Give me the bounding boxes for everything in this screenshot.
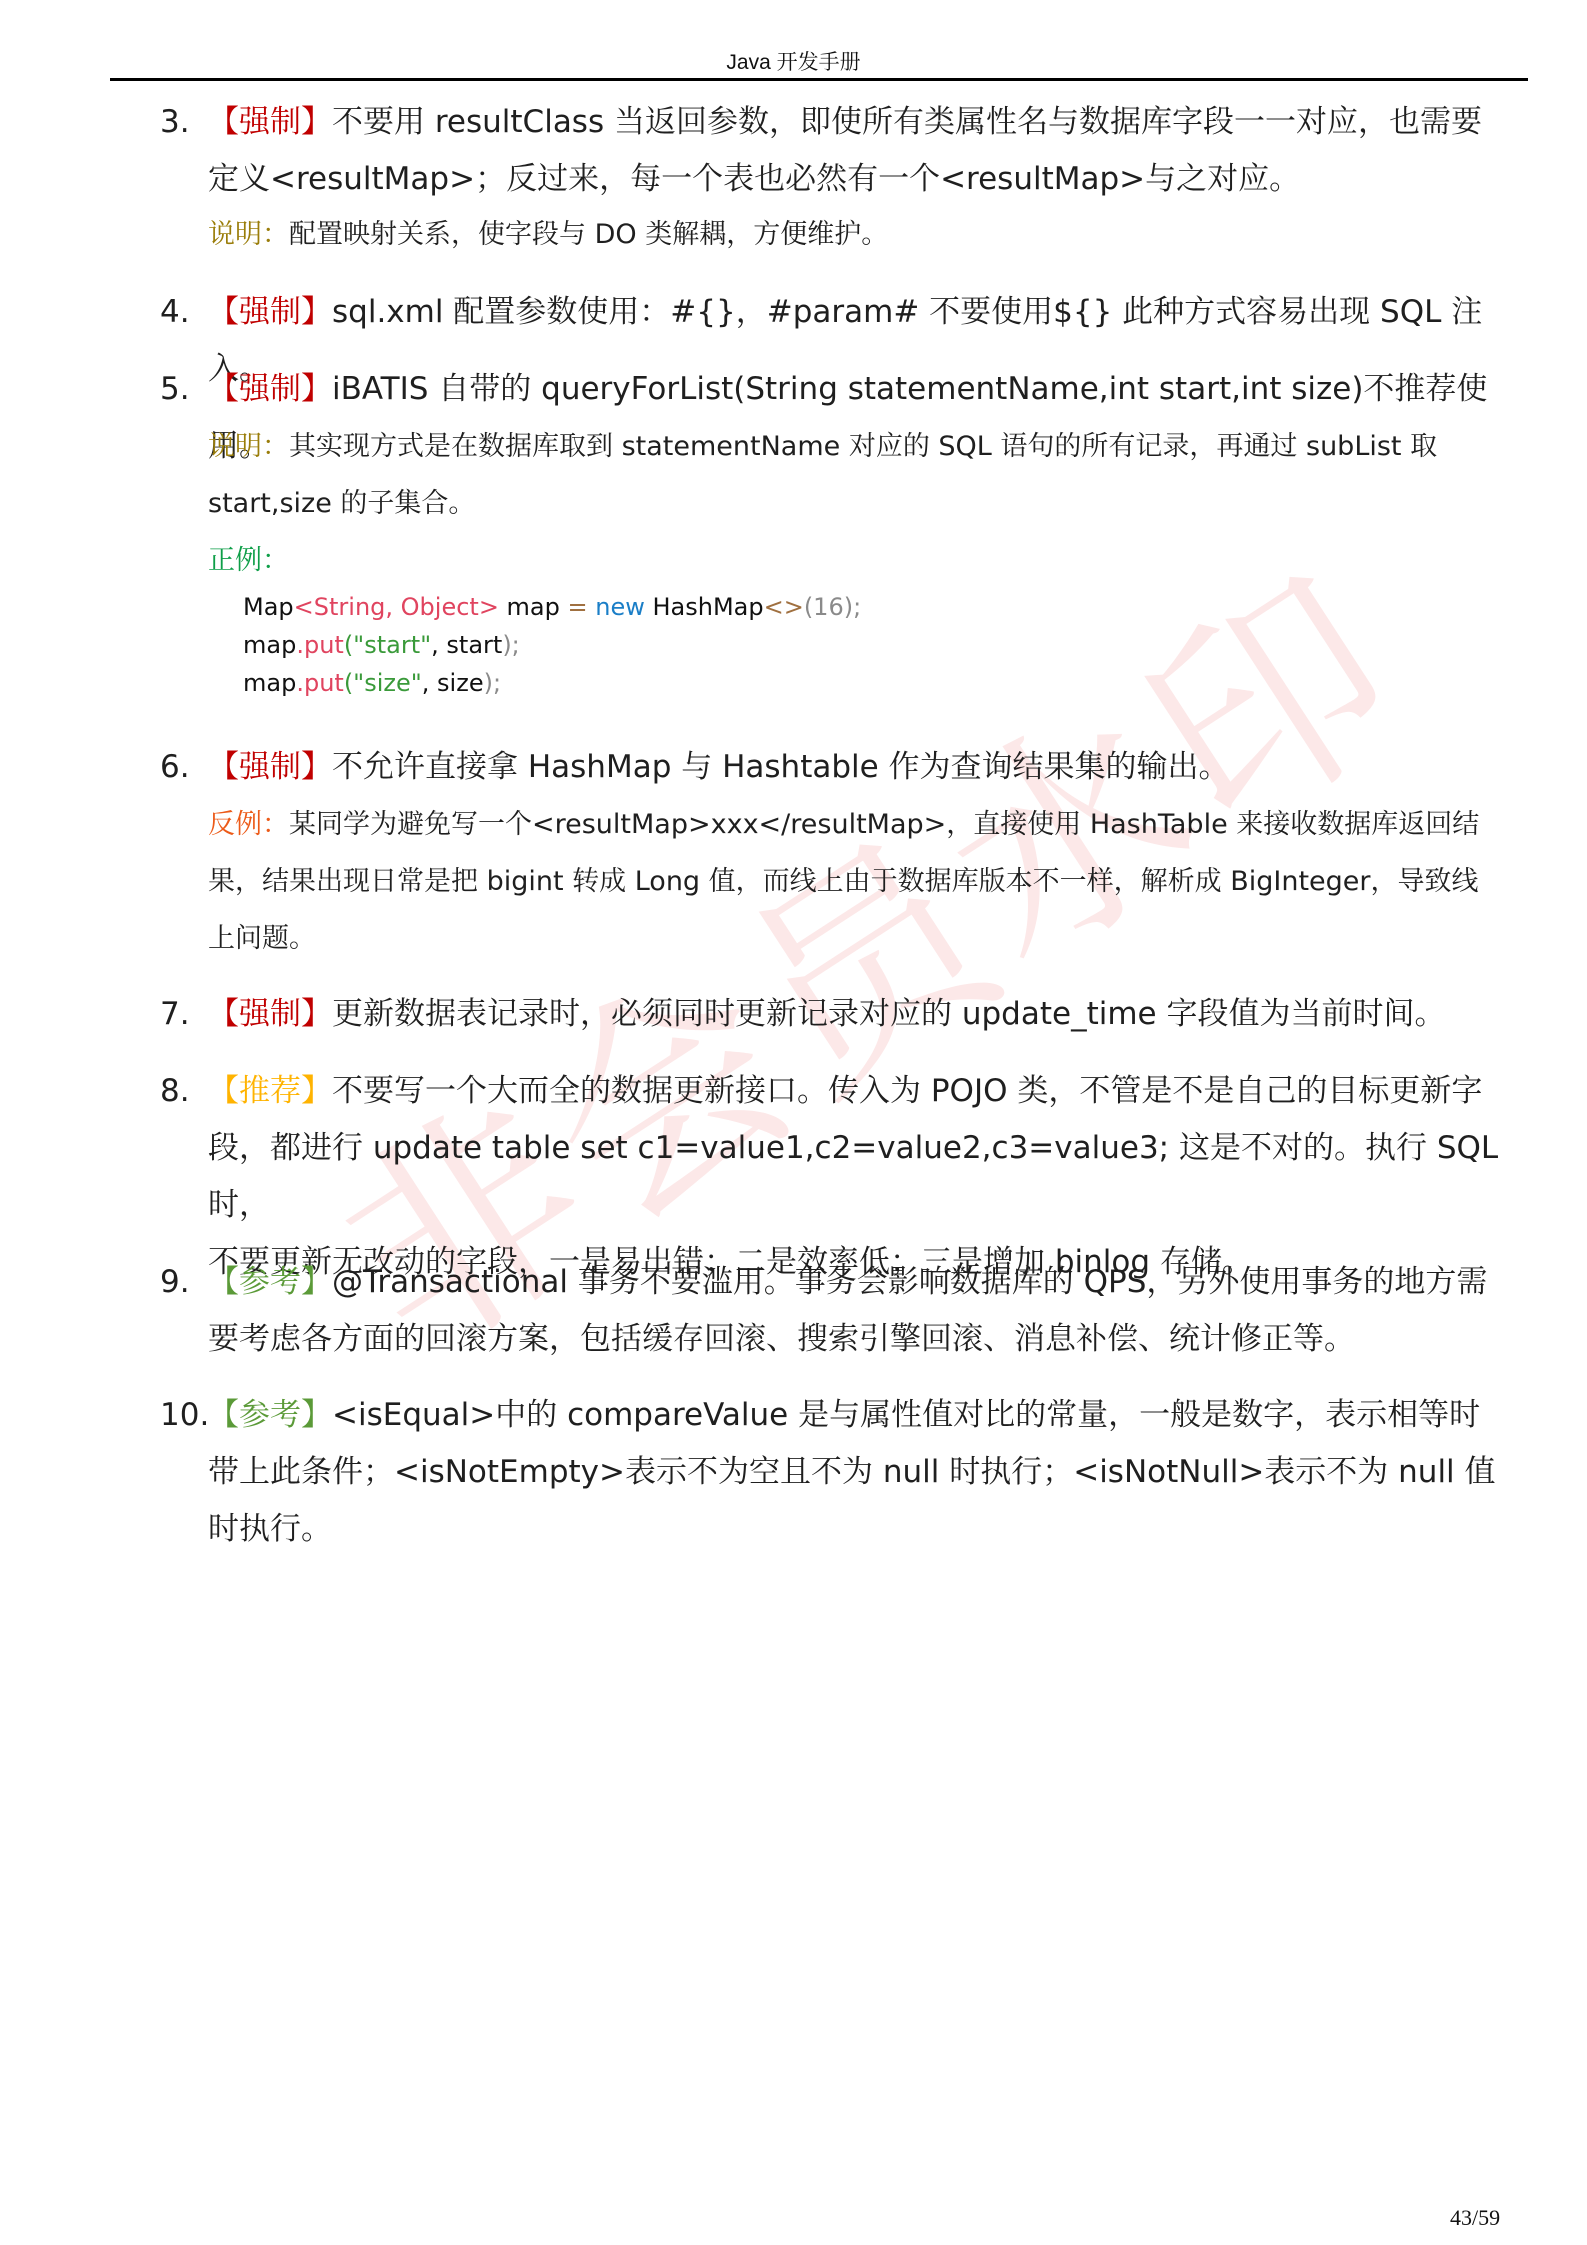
page-number: 43/59	[1450, 2205, 1500, 2231]
page-header-title: Java 开发手册	[0, 46, 1587, 76]
item-text-line: 不要写一个大而全的数据更新接口。传入为 POJO 类，不管是不是自己的目标更新字	[332, 1073, 1482, 1109]
item-text-line: 定义<resultMap>；反过来，每一个表也必然有一个<resultMap>与…	[208, 161, 1300, 197]
item-text-line: @Transactional 事务不要滥用。事务会影响数据库的 QPS，另外使用…	[332, 1264, 1487, 1300]
rule-item-3: 3. 【强制】不要用 resultClass 当返回参数，即使所有类属性名与数据…	[160, 94, 1530, 208]
rule-item-6: 6. 【强制】不允许直接拿 HashMap 与 Hashtable 作为查询结果…	[160, 739, 1530, 796]
item-text-line: 要考虑各方面的回滚方案，包括缓存回滚、搜索引擎回滚、消息补偿、统计修正等。	[208, 1321, 1355, 1357]
code-line: Map<String, Object> map = new HashMap<>(…	[243, 588, 861, 626]
item-number: 4.	[160, 284, 208, 341]
item-number: 5.	[160, 361, 208, 418]
reference-tag: 【参考】	[208, 1397, 332, 1433]
code-line: map.put("size", size);	[243, 664, 861, 702]
item-number: 10.	[160, 1387, 208, 1444]
rule-item-9: 9. 【参考】@Transactional 事务不要滥用。事务会影响数据库的 Q…	[160, 1254, 1530, 1368]
code-block: Map<String, Object> map = new HashMap<>(…	[243, 588, 861, 702]
force-tag: 【强制】	[208, 749, 332, 785]
note-text: 上问题。	[208, 923, 316, 954]
item-text-line: 不允许直接拿 HashMap 与 Hashtable 作为查询结果集的输出。	[332, 749, 1230, 785]
item-number: 6.	[160, 739, 208, 796]
note-label: 说明：	[208, 219, 289, 250]
note-item-5: 说明：其实现方式是在数据库取到 statementName 对应的 SQL 语句…	[208, 418, 1528, 532]
rule-item-10: 10. 【参考】<isEqual>中的 compareValue 是与属性值对比…	[160, 1387, 1530, 1558]
example-label: 正例：	[208, 545, 289, 576]
rule-item-7: 7. 【强制】更新数据表记录时，必须同时更新记录对应的 update_time …	[160, 986, 1530, 1043]
item-number: 7.	[160, 986, 208, 1043]
code-line: map.put("start", start);	[243, 626, 861, 664]
example-item-5: 正例：	[208, 532, 1528, 589]
note-text: start,size 的子集合。	[208, 488, 475, 519]
note-text: 配置映射关系，使字段与 DO 类解耦，方便维护。	[289, 219, 888, 250]
force-tag: 【强制】	[208, 371, 332, 407]
item-text-line: 段，都进行 update table set c1=value1,c2=valu…	[208, 1130, 1498, 1223]
counter-example-item-6: 反例：某同学为避免写一个<resultMap>xxx</resultMap>，直…	[208, 796, 1528, 967]
reference-tag: 【参考】	[208, 1264, 332, 1300]
note-text: 某同学为避免写一个<resultMap>xxx</resultMap>，直接使用…	[289, 809, 1479, 840]
item-number: 8.	[160, 1063, 208, 1120]
item-text-line: 带上此条件；<isNotEmpty>表示不为空且不为 null 时执行；<isN…	[208, 1454, 1496, 1490]
force-tag: 【强制】	[208, 996, 332, 1032]
counter-example-label: 反例：	[208, 809, 289, 840]
note-text: 果，结果出现日常是把 bigint 转成 Long 值，而线上由于数据库版本不一…	[208, 866, 1479, 897]
note-text: 其实现方式是在数据库取到 statementName 对应的 SQL 语句的所有…	[289, 431, 1437, 462]
item-text-line: 不要用 resultClass 当返回参数，即使所有类属性名与数据库字段一一对应…	[332, 104, 1482, 140]
item-text-line: 更新数据表记录时，必须同时更新记录对应的 update_time 字段值为当前时…	[332, 996, 1445, 1032]
item-number: 3.	[160, 94, 208, 151]
note-label: 说明：	[208, 431, 289, 462]
recommend-tag: 【推荐】	[208, 1073, 332, 1109]
force-tag: 【强制】	[208, 294, 332, 330]
item-text-line: <isEqual>中的 compareValue 是与属性值对比的常量，一般是数…	[332, 1397, 1480, 1433]
item-text-line: 时执行。	[208, 1511, 332, 1547]
force-tag: 【强制】	[208, 104, 332, 140]
note-item-3: 说明：配置映射关系，使字段与 DO 类解耦，方便维护。	[208, 206, 1528, 263]
item-number: 9.	[160, 1254, 208, 1311]
header-divider	[110, 78, 1528, 81]
